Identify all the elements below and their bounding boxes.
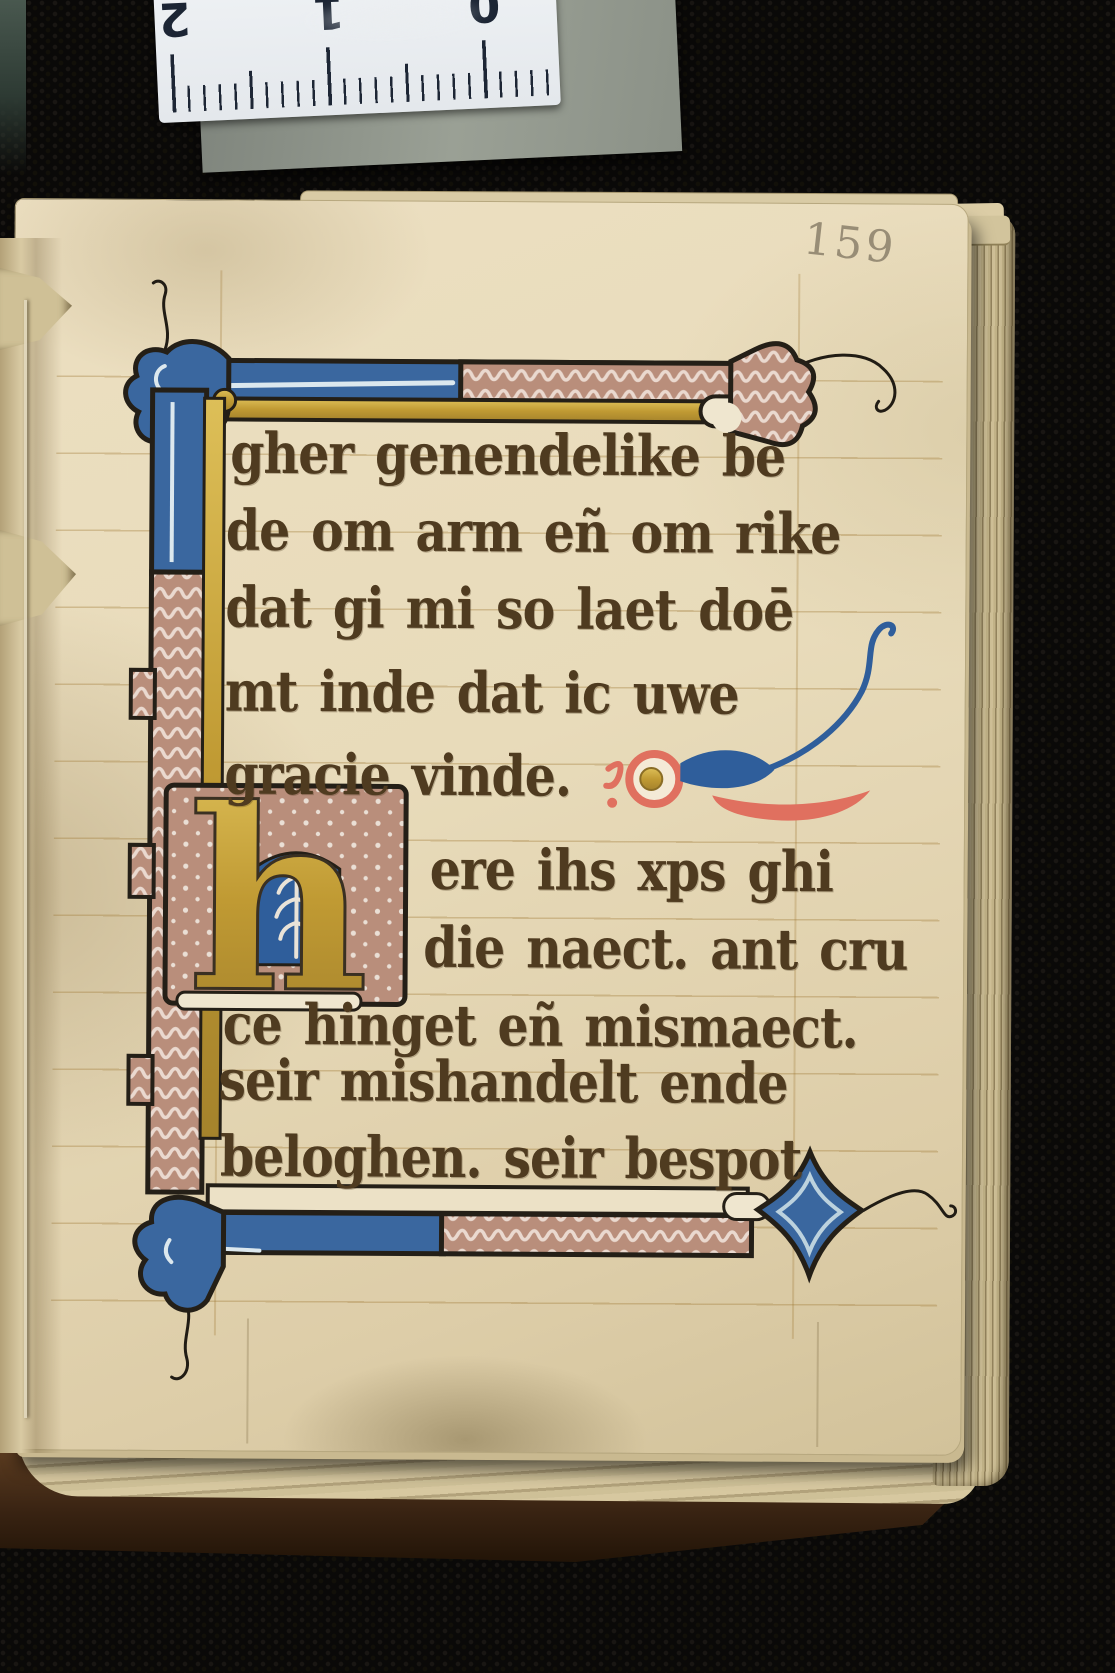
border-corner-bottom-left [134, 1197, 223, 1310]
text-line: die naect. ant cru [423, 921, 908, 980]
border-bottom-bar [191, 1185, 769, 1256]
ruler-cm-ticks [170, 37, 554, 112]
text-line: ere ihs xps ghi [430, 843, 834, 902]
sewing-thread [24, 300, 27, 1418]
parchment-recto-page: 159 [8, 199, 968, 1455]
text-line: gher genendelike be [230, 426, 785, 485]
manuscript-photo: 2 1 0 159 [0, 0, 1115, 1673]
ruler-ticks [170, 35, 554, 112]
folio-number: 159 [801, 213, 899, 274]
text-line: seir mishandelt ende [218, 1053, 787, 1113]
text-line: de om arm eñ om rike [226, 503, 841, 563]
text-line: mt inde dat ic uwe [225, 664, 739, 723]
table-edge-strip [0, 0, 26, 175]
text-line: gracie vinde. [224, 747, 571, 805]
border-top-bar [164, 360, 770, 427]
binding-gutter [0, 238, 62, 1453]
text-line: dat gi mi so laet doē [225, 580, 793, 640]
illuminated-border: h [8, 199, 968, 1453]
text-line: beloghen. seir bespot [220, 1129, 802, 1189]
ruler-number: 2 [151, 0, 197, 47]
filler-blue-stem [770, 624, 893, 769]
